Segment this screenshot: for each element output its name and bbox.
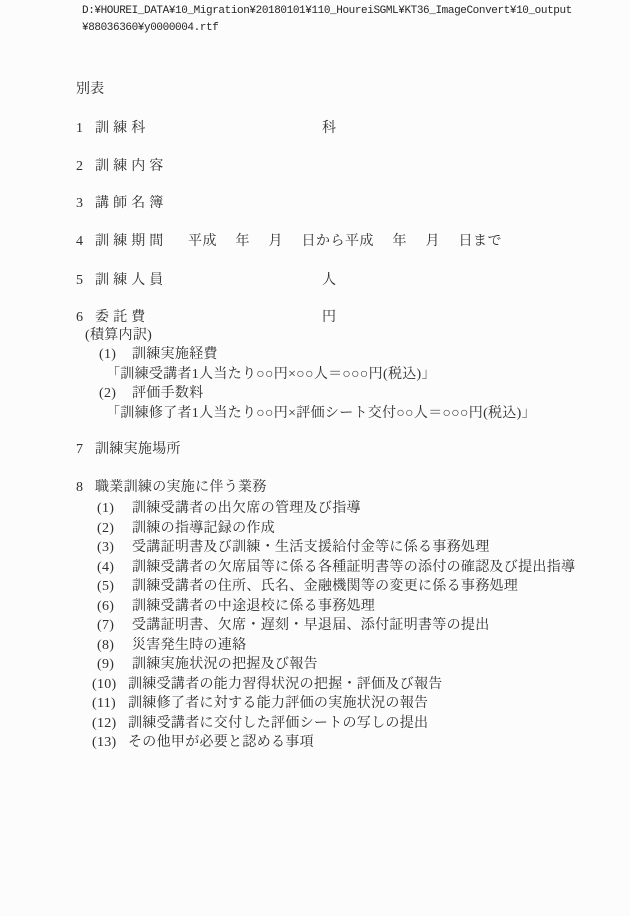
file-path-line-2: ¥88036360¥y0000004.rtf (82, 21, 218, 36)
breakdown-1-number: (1) (99, 346, 116, 363)
task-4-text: 訓練受講者の欠席届等に係る各種証明書等の添付の確認及び提出指導 (132, 559, 575, 576)
document-title: 別表 (76, 81, 105, 98)
task-5-number: (5) (97, 578, 114, 595)
item-1-number: 1 (76, 120, 83, 137)
item-6-number: 6 (76, 309, 83, 326)
item-2-label: 訓 練 内 容 (95, 158, 164, 175)
item-3-number: 3 (76, 195, 83, 212)
task-5-text: 訓練受講者の住所、氏名、金融機関等の変更に係る事務処理 (132, 578, 518, 595)
item-5-number: 5 (76, 272, 83, 289)
task-2-text: 訓練の指導記録の作成 (132, 520, 275, 537)
item-4-number: 4 (76, 233, 83, 250)
task-13-text: その他甲が必要と認める事項 (128, 734, 314, 751)
item-5-label: 訓 練 人 員 (95, 272, 164, 289)
item-6-label: 委 託 費 (95, 309, 146, 326)
item-1-suffix: 科 (322, 120, 336, 137)
item-8-label: 職業訓練の実施に伴う業務 (95, 479, 267, 496)
breakdown-2-quote: 「訓練修了者1人当たり○○円×評価シート交付○○人＝○○○円(税込)」 (106, 405, 536, 422)
item-8-number: 8 (76, 479, 83, 496)
item-5-suffix: 人 (322, 272, 336, 289)
task-10-number: (10) (92, 676, 117, 693)
task-2-number: (2) (97, 520, 114, 537)
item-6-breakdown-title: (積算内訳) (85, 327, 152, 344)
item-3-label: 講 師 名 簿 (95, 195, 164, 212)
task-11-number: (11) (92, 695, 116, 712)
task-8-number: (8) (97, 637, 114, 654)
task-8-text: 災害発生時の連絡 (132, 637, 246, 654)
item-4-period: 平成 年 月 日から平成 年 月 日まで (188, 233, 502, 250)
item-1-label: 訓 練 科 (95, 120, 146, 137)
item-7-label: 訓練実施場所 (95, 441, 181, 458)
task-1-number: (1) (97, 500, 114, 517)
breakdown-1-label: 訓練実施経費 (132, 346, 218, 363)
task-7-text: 受講証明書、欠席・遅刻・早退届、添付証明書等の提出 (132, 617, 490, 634)
task-3-number: (3) (97, 539, 114, 556)
task-12-text: 訓練受講者に交付した評価シートの写しの提出 (128, 715, 428, 732)
task-13-number: (13) (92, 734, 117, 751)
task-9-text: 訓練実施状況の把握及び報告 (132, 656, 318, 673)
item-7-number: 7 (76, 441, 83, 458)
task-6-text: 訓練受講者の中途退校に係る事務処理 (132, 598, 375, 615)
breakdown-2-number: (2) (99, 385, 116, 402)
task-1-text: 訓練受講者の出欠席の管理及び指導 (132, 500, 361, 517)
document-page: D:¥HOUREI_DATA¥10_Migration¥20180101¥110… (0, 0, 630, 916)
task-10-text: 訓練受講者の能力習得状況の把握・評価及び報告 (128, 676, 443, 693)
task-9-number: (9) (97, 656, 114, 673)
task-12-number: (12) (92, 715, 117, 732)
item-2-number: 2 (76, 158, 83, 175)
task-3-text: 受講証明書及び訓練・生活支援給付金等に係る事務処理 (132, 539, 490, 556)
breakdown-2-label: 評価手数料 (132, 385, 204, 402)
task-11-text: 訓練修了者に対する能力評価の実施状況の報告 (128, 695, 428, 712)
task-6-number: (6) (97, 598, 114, 615)
task-4-number: (4) (97, 559, 114, 576)
file-path-line-1: D:¥HOUREI_DATA¥10_Migration¥20180101¥110… (82, 4, 572, 19)
breakdown-1-quote: 「訓練受講者1人当たり○○円×○○人＝○○○円(税込)」 (106, 366, 436, 383)
task-7-number: (7) (97, 617, 114, 634)
item-4-label: 訓 練 期 間 (95, 233, 164, 250)
item-6-suffix: 円 (322, 309, 336, 326)
